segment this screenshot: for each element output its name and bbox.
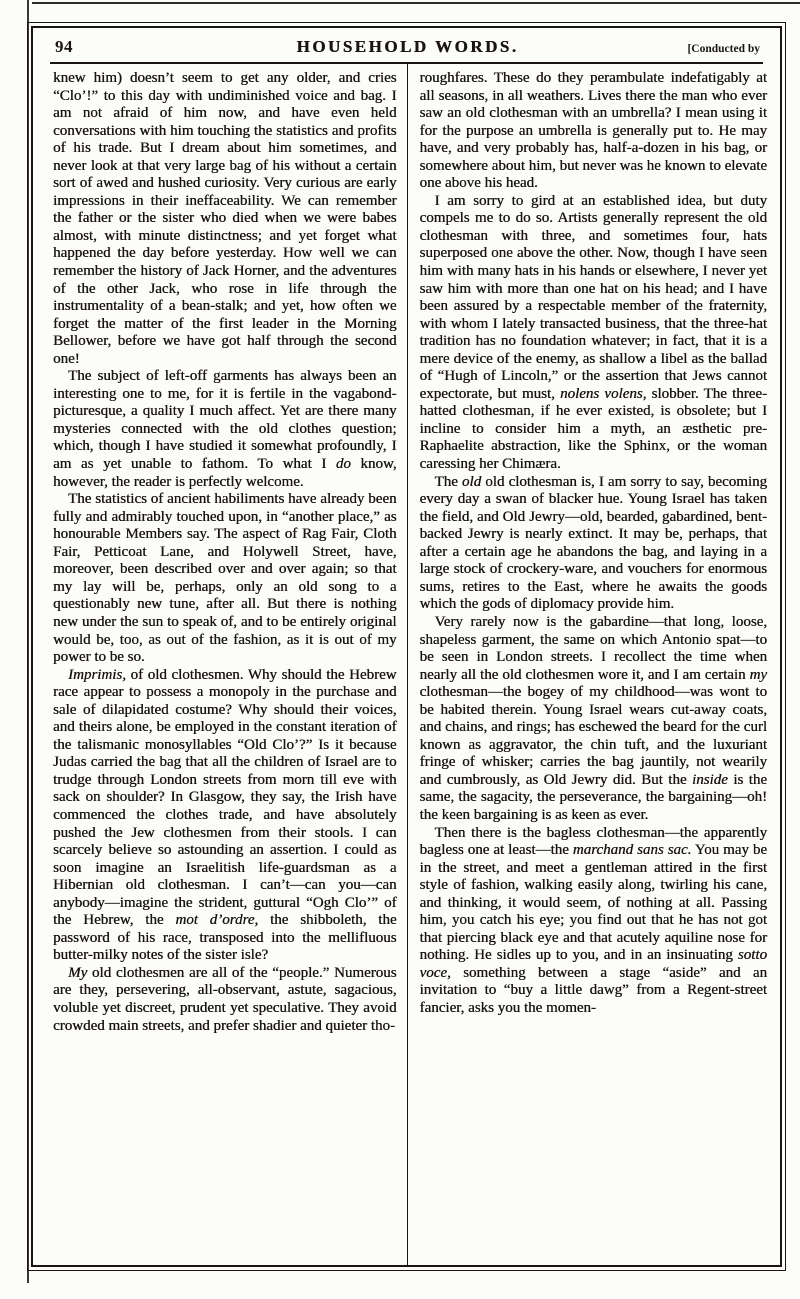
running-header: 94 HOUSEHOLD WORDS. [Conducted by	[33, 28, 780, 60]
paragraph: I am sorry to gird at an established ide…	[420, 193, 768, 474]
body-text: of old clothesmen. Why should the Hebrew…	[53, 667, 397, 929]
paragraph: Then there is the bagless clothesman—the…	[420, 825, 768, 1018]
body-text: old clothesmen are all of the “people.” …	[53, 965, 397, 1034]
italic-text: old	[462, 474, 481, 490]
italic-text: Imprimis,	[68, 667, 126, 683]
body-text: knew him) doesn’t seem to get any older,…	[53, 70, 397, 367]
paragraph: Imprimis, of old clothesmen. Why should …	[53, 667, 397, 965]
italic-text: marchand sans sac.	[573, 842, 692, 858]
page-number: 94	[55, 37, 165, 57]
italic-text: inside	[692, 772, 728, 788]
body-text: roughfares. These do they perambulate in…	[420, 70, 768, 191]
body-text: The statistics of ancient habiliments ha…	[53, 491, 397, 665]
italic-text: nolens volens,	[560, 386, 646, 402]
column-left: knew him) doesn’t seem to get any older,…	[33, 64, 407, 1265]
body-text: I am sorry to gird at an established ide…	[420, 193, 768, 402]
body-text: Very rarely now is the gabardine—that lo…	[420, 614, 768, 683]
running-header-right: [Conducted by	[650, 43, 760, 55]
paragraph: knew him) doesn’t seem to get any older,…	[53, 70, 397, 368]
paragraph: roughfares. These do they perambulate in…	[420, 70, 768, 193]
paragraph: Very rarely now is the gabardine—that lo…	[420, 614, 768, 825]
page-inner-frame: 94 HOUSEHOLD WORDS. [Conducted by knew h…	[31, 26, 782, 1267]
body-text: The	[435, 474, 462, 490]
paragraph: The subject of left-off garments has alw…	[53, 368, 397, 491]
italic-text: my	[750, 667, 768, 683]
body-text: You may be in the street, and meet a gen…	[420, 842, 768, 963]
column-right: roughfares. These do they perambulate in…	[407, 64, 781, 1265]
text-columns: knew him) doesn’t seem to get any older,…	[33, 64, 780, 1265]
page-outer-frame: 94 HOUSEHOLD WORDS. [Conducted by knew h…	[27, 22, 786, 1271]
body-text: something between a stage “aside” and an…	[420, 965, 768, 1016]
paragraph: My old clothesmen are all of the “people…	[53, 965, 397, 1035]
journal-title: HOUSEHOLD WORDS.	[165, 37, 650, 57]
scan-edge-artifact	[32, 2, 800, 4]
italic-text: mot d’ordre,	[175, 912, 258, 928]
italic-text: do	[336, 456, 351, 472]
paragraph: The old old clothesman is, I am sorry to…	[420, 474, 768, 614]
italic-text: My	[68, 965, 87, 981]
paragraph: The statistics of ancient habiliments ha…	[53, 491, 397, 666]
scanned-page: 94 HOUSEHOLD WORDS. [Conducted by knew h…	[0, 0, 800, 1299]
body-text: old clothesman is, I am sorry to say, be…	[420, 474, 768, 613]
